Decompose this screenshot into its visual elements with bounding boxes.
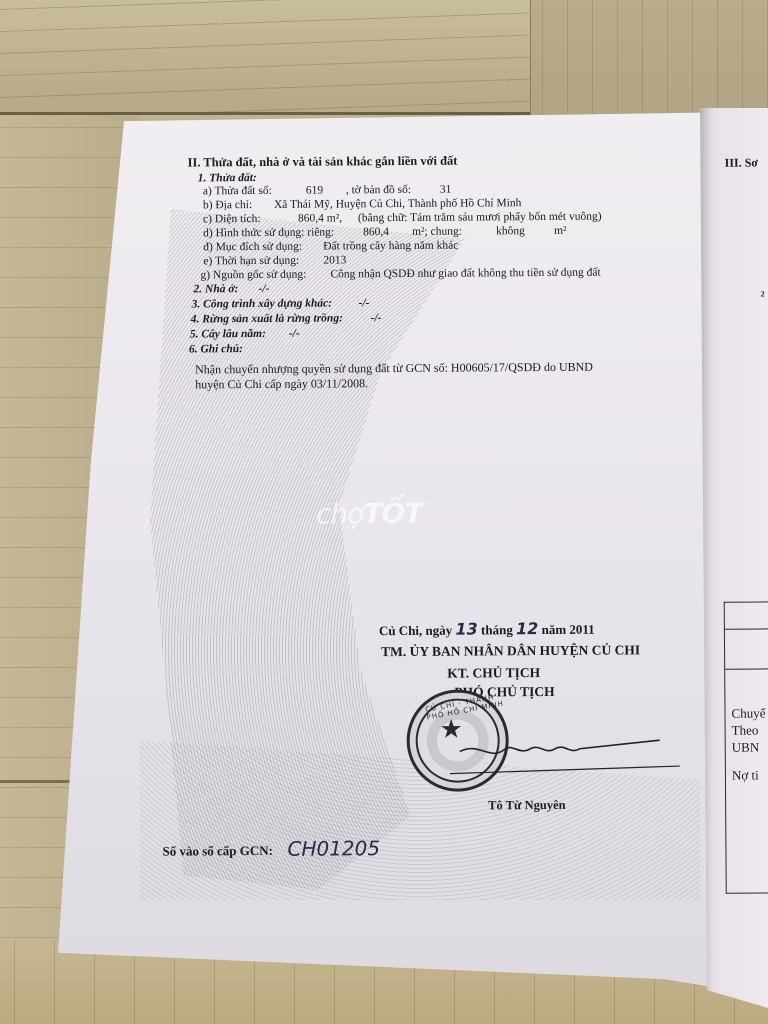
register-number-handwritten: CH01205 — [287, 838, 380, 859]
purpose-value: Đất trồng cây hàng năm khác — [323, 241, 458, 253]
notes-line: huyện Củ Chi cấp ngày 03/11/2008. — [195, 377, 368, 390]
house-label: 2. Nhà ở: — [193, 284, 238, 296]
term-label: e) Thời hạn sử dụng: — [203, 256, 299, 268]
lot-number-value: 619 — [306, 186, 323, 198]
forest-value: -/- — [371, 313, 382, 325]
area-in-words: (bằng chữ: Tám trăm sáu mươi phẩy bốn mé… — [358, 212, 602, 225]
watermark-prefix: chợ — [316, 497, 364, 530]
place-date-line: Củ Chi, ngày 13 tháng 12 năm 2011 — [379, 621, 595, 639]
map-sheet-value: 31 — [440, 185, 452, 197]
on-behalf-title: KT. CHỦ TỊCH — [447, 666, 540, 680]
register-label: Số vào sổ cấp GCN: — [162, 844, 273, 858]
section-title: II. Thửa đất, nhà ở và tài sản khác gắn … — [188, 155, 458, 169]
forest-label: 4. Rừng sản xuất là rừng trồng: — [191, 313, 343, 326]
certificate-content: II. Thửa đất, nhà ở và tài sản khác gắn … — [0, 0, 768, 1024]
lot-number-label: a) Thửa đất số: — [203, 186, 272, 198]
next-page-line: Chuyể — [731, 705, 765, 721]
signature — [450, 720, 680, 782]
address-value: Xã Thái Mỹ, Huyện Củ Chi, Thành phố Hồ C… — [274, 198, 522, 211]
other-construction-value: -/- — [359, 298, 370, 310]
issuing-organization: TM. ỦY BAN NHÂN DÂN HUYỆN CỦ CHI — [381, 643, 640, 658]
map-sheet-label: , tờ bản đồ số: — [346, 185, 411, 197]
chotot-watermark: chợTỐT — [316, 497, 423, 531]
handwritten-day: 13 — [455, 619, 477, 638]
parcel-heading: 1. Thửa đất: — [198, 173, 257, 185]
area-label: c) Diện tích: — [203, 214, 261, 226]
month-prefix: tháng — [481, 622, 513, 637]
usage-form-label: d) Hình thức sử dụng: riêng: — [203, 227, 334, 239]
perennial-label: 5. Cây lâu năm: — [190, 329, 266, 341]
origin-value: Công nhận QSDĐ như giao đất không thu ti… — [330, 268, 600, 281]
table-rule — [725, 628, 768, 629]
signer-name: Tô Từ Nguyên — [488, 799, 566, 812]
handwritten-month: 12 — [516, 619, 538, 638]
perennial-value: -/- — [289, 329, 300, 341]
usage-private-value: 860,4 — [363, 227, 389, 239]
next-page-line: Theo — [732, 723, 759, 739]
watermark-brand: TỐT — [363, 497, 422, 530]
term-value: 2013 — [323, 255, 346, 267]
other-construction-label: 3. Công trình xây dựng khác: — [192, 298, 333, 310]
notes-heading: 6. Ghi chú: — [189, 344, 243, 356]
next-page-line: UBN — [732, 739, 760, 755]
address-label: b) Địa chỉ: — [203, 200, 252, 212]
next-page-fragment: 2 — [761, 289, 765, 298]
table-rule — [725, 668, 768, 669]
notes-line: Nhận chuyển nhượng quyền sử dụng đất từ … — [195, 361, 593, 376]
usage-unit: m²; chung: — [412, 227, 462, 239]
usage-shared-value: không — [496, 226, 525, 238]
next-page-section-title: III. Sơ — [725, 155, 758, 170]
seal-text: CỦ CHI · THÀNH PHỐ HỒ CHÍ MINH — [425, 691, 507, 721]
house-value: -/- — [258, 284, 269, 296]
year-text: năm 2011 — [542, 622, 595, 637]
next-page-line: Nợ ti — [732, 768, 759, 784]
purpose-label: đ) Mục đích sử dụng: — [203, 242, 302, 254]
area-value: 860,4 m², — [298, 213, 342, 225]
origin-label: g) Nguồn gốc sử dụng: — [200, 270, 306, 282]
place-prefix: Củ Chi, ngày — [379, 623, 452, 639]
usage-unit: m² — [554, 226, 566, 238]
